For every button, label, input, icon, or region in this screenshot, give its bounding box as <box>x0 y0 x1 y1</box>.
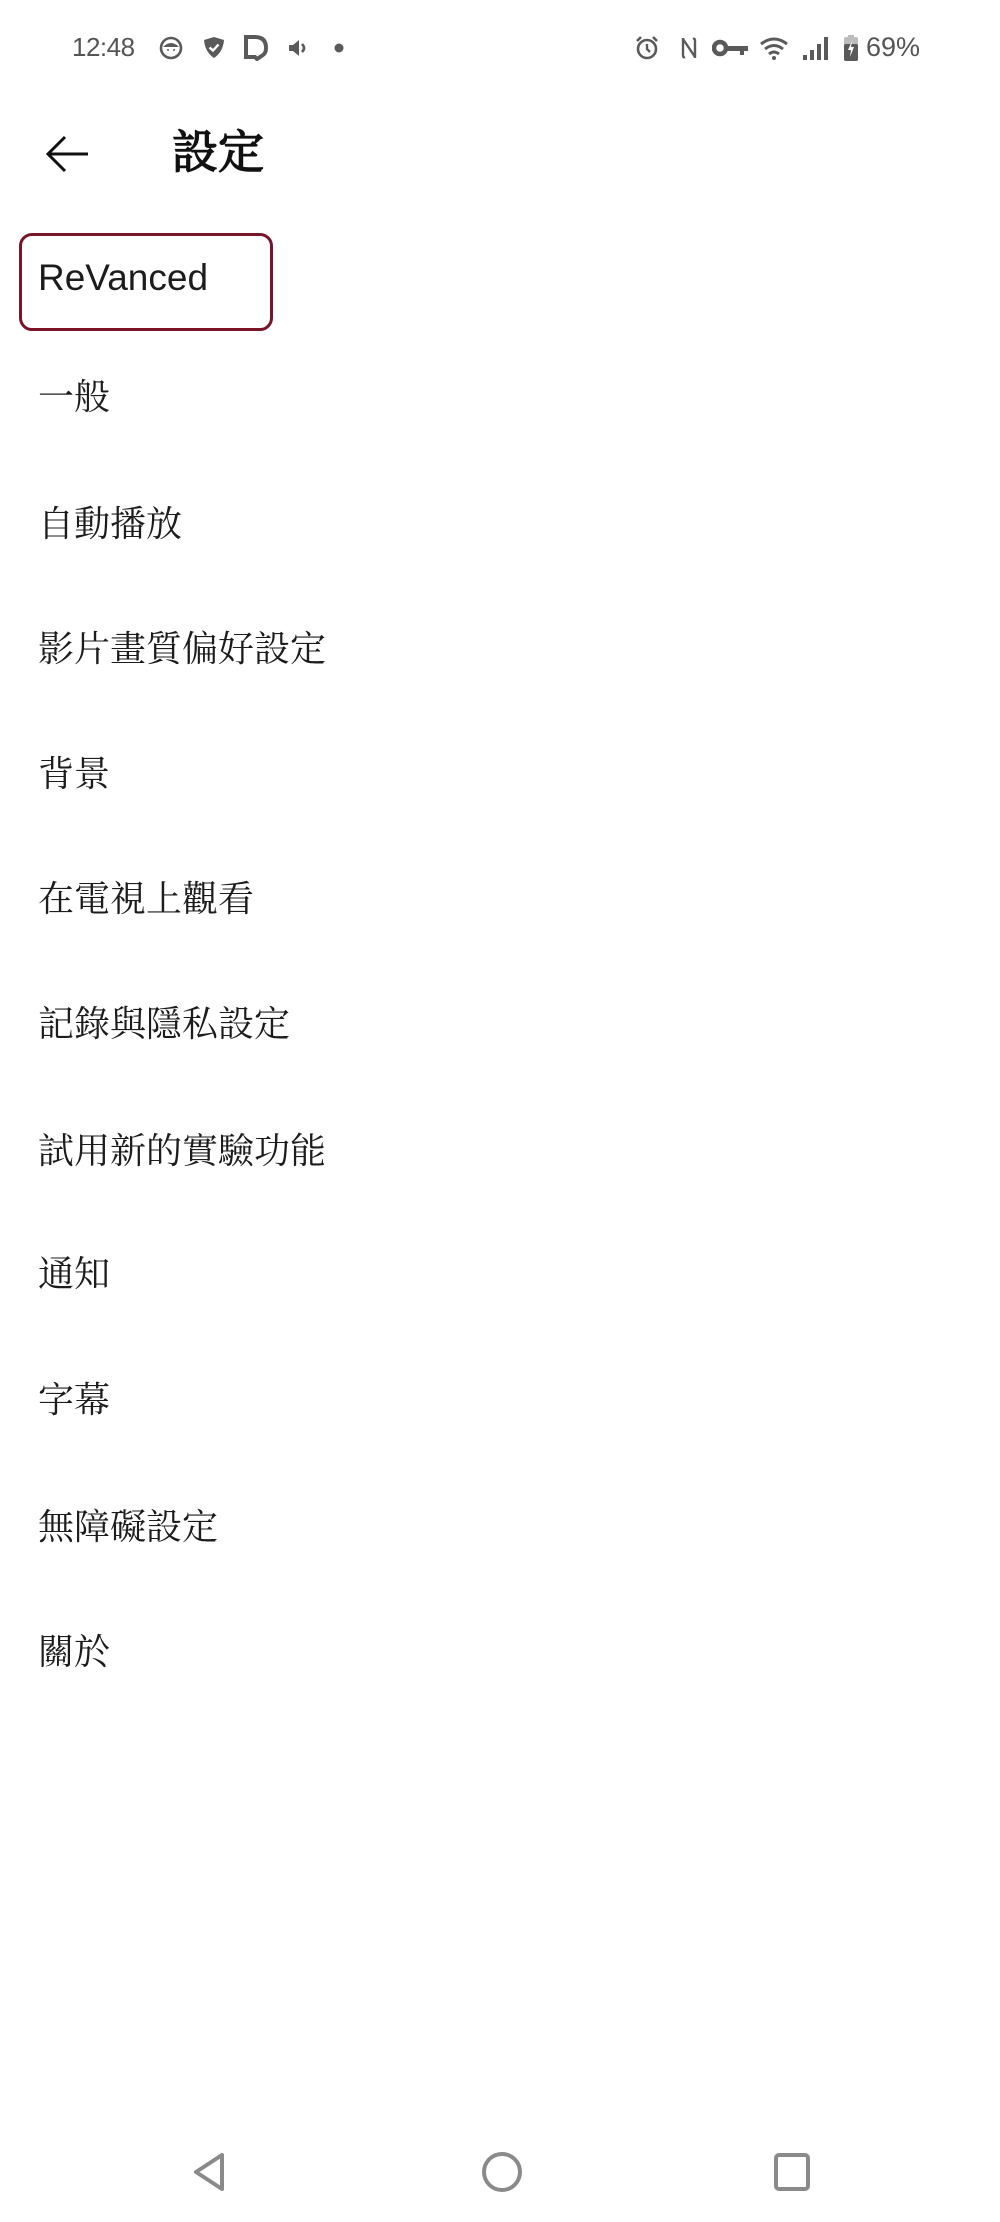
recents-square-icon <box>772 2152 812 2192</box>
menu-item-history-privacy[interactable]: 記錄與隱私設定 <box>0 970 1000 1080</box>
back-button[interactable] <box>36 122 100 186</box>
face-app-icon <box>158 35 184 61</box>
menu-item-general[interactable]: 一般 <box>0 343 1000 453</box>
status-bar: 12:48 69% <box>0 0 1000 96</box>
menu-item-autoplay[interactable]: 自動播放 <box>0 470 1000 580</box>
nfc-icon <box>679 35 699 61</box>
d-app-icon <box>241 35 271 61</box>
back-triangle-icon <box>192 2152 228 2192</box>
system-nav-bar <box>0 2110 1000 2222</box>
menu-item-about[interactable]: 關於 <box>0 1598 1000 1708</box>
menu-item-watch-on-tv[interactable]: 在電視上觀看 <box>0 845 1000 955</box>
wifi-icon <box>758 35 790 61</box>
menu-item-label: 記錄與隱私設定 <box>0 1003 290 1047</box>
notification-dot-icon <box>332 35 346 61</box>
menu-item-notifications[interactable]: 通知 <box>0 1220 1000 1330</box>
menu-item-captions[interactable]: 字幕 <box>0 1346 1000 1456</box>
battery-charging-icon <box>843 35 859 61</box>
signal-icon <box>801 35 831 61</box>
menu-item-label: 背景 <box>0 753 110 797</box>
menu-item-label: ReVanced <box>0 256 208 300</box>
menu-item-label: 一般 <box>0 376 110 420</box>
menu-item-label: 無障礙設定 <box>0 1506 218 1550</box>
vpn-key-icon <box>711 35 751 61</box>
menu-item-label: 在電視上觀看 <box>0 878 254 922</box>
volume-icon <box>285 35 311 61</box>
menu-item-label: 通知 <box>0 1253 110 1297</box>
menu-item-revanced[interactable]: ReVanced <box>0 225 1000 337</box>
home-circle-icon <box>480 2150 524 2194</box>
page-title: 設定 <box>172 124 264 180</box>
menu-item-label: 關於 <box>0 1631 110 1675</box>
shield-check-icon <box>201 35 227 61</box>
menu-item-label: 自動播放 <box>0 503 182 547</box>
menu-item-background[interactable]: 背景 <box>0 720 1000 830</box>
menu-item-accessibility[interactable]: 無障礙設定 <box>0 1473 1000 1583</box>
arrow-left-icon <box>46 134 90 174</box>
nav-home-button[interactable] <box>472 2142 532 2202</box>
nav-back-button[interactable] <box>180 2142 240 2202</box>
menu-item-label: 字幕 <box>0 1379 110 1423</box>
nav-recents-button[interactable] <box>762 2142 822 2202</box>
menu-item-label: 試用新的實驗功能 <box>0 1130 326 1174</box>
status-time: 12:48 <box>72 32 135 63</box>
menu-item-experimental[interactable]: 試用新的實驗功能 <box>0 1097 1000 1207</box>
battery-percent: 69% <box>866 32 920 63</box>
menu-item-video-quality[interactable]: 影片畫質偏好設定 <box>0 595 1000 705</box>
menu-item-label: 影片畫質偏好設定 <box>0 628 326 672</box>
alarm-icon <box>633 35 661 61</box>
